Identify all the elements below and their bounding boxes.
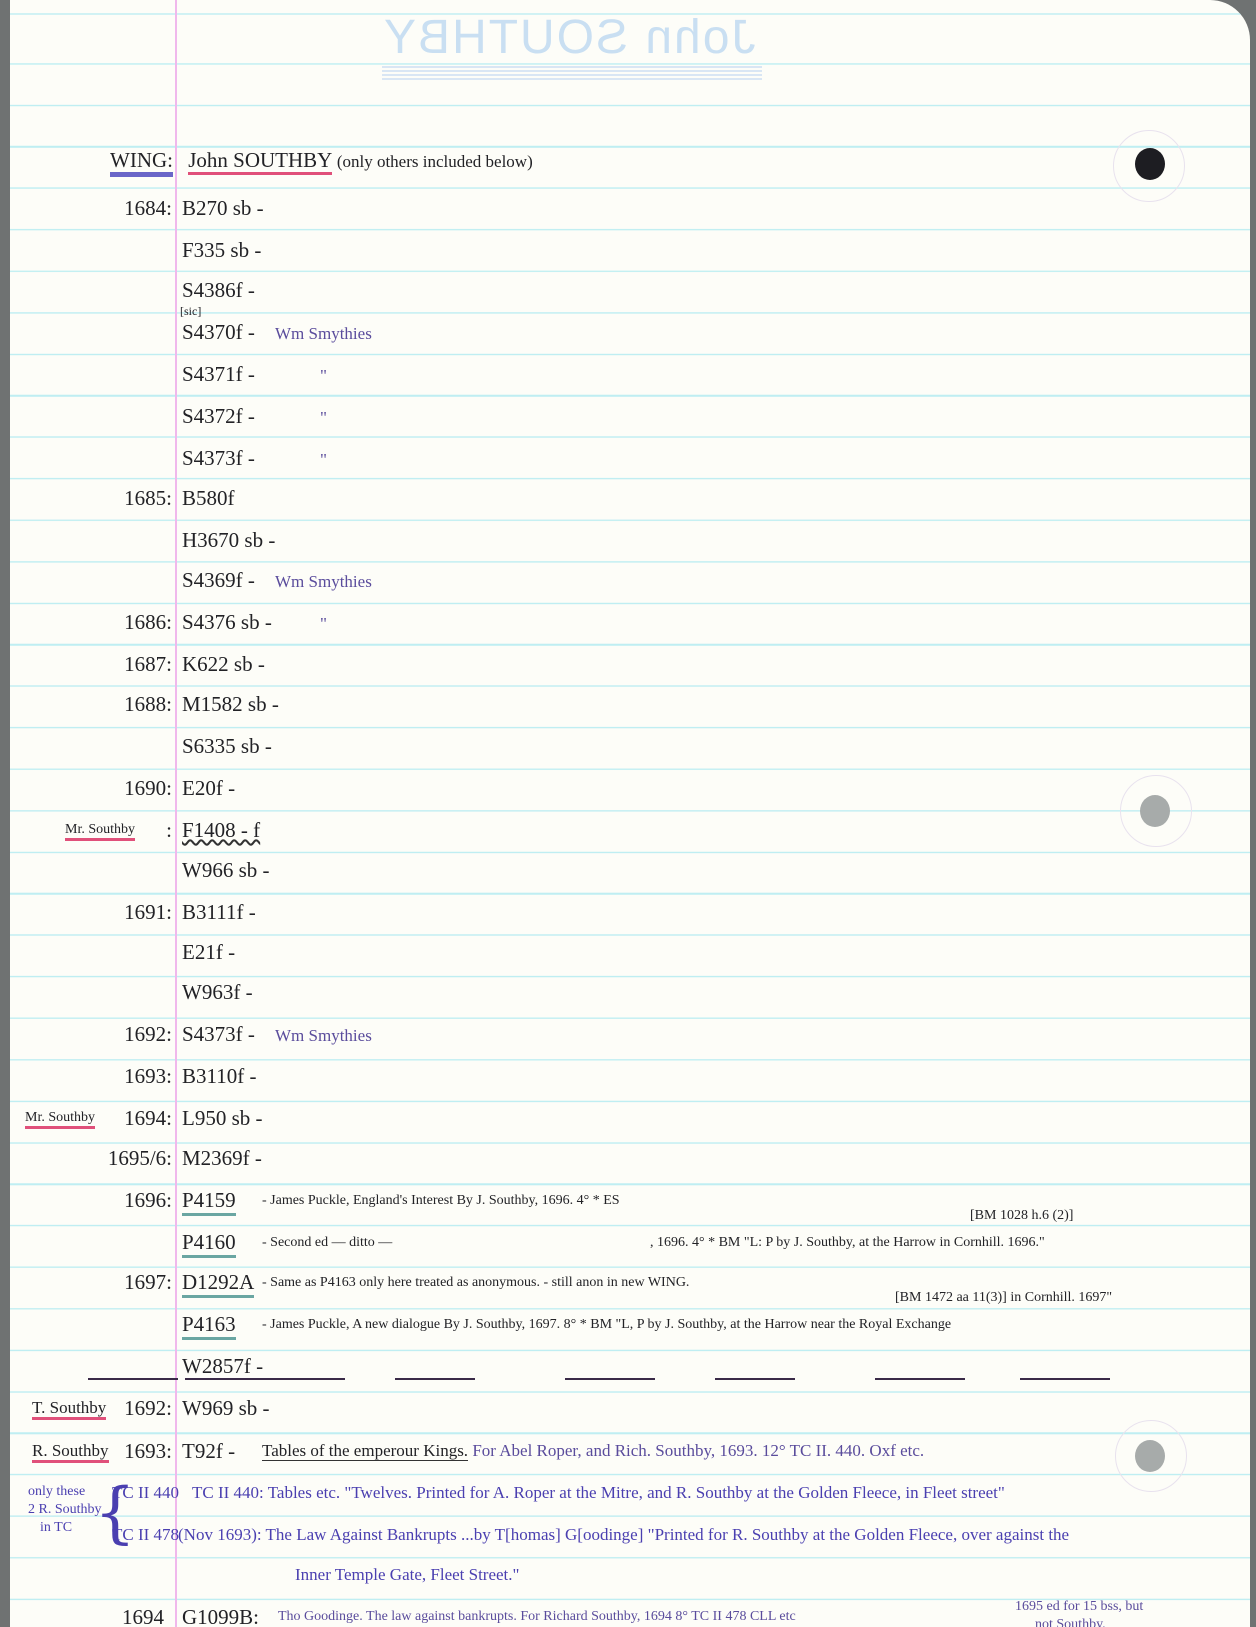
entry-year: 1692: [62, 1396, 172, 1421]
entry-note: " [320, 366, 327, 386]
title-text: Tables of the emperour Kings. [262, 1441, 468, 1461]
entry-year: 1697: [62, 1270, 172, 1295]
entry-ref: F335 sb - [182, 238, 261, 263]
entry-year: 1685: [62, 486, 172, 511]
entry-note: " [320, 408, 327, 428]
entry-ref: P4159 [182, 1188, 236, 1216]
entry-year: 1690: [62, 776, 172, 801]
separator [1020, 1378, 1110, 1380]
entry-year: 1691: [62, 900, 172, 925]
entry-ref: B3110f - [182, 1064, 256, 1089]
bm-shelfmark: [BM 1472 aa 11(3)] in Cornhill. 1697" [895, 1290, 1112, 1306]
entry-ref: S4386f - [182, 278, 255, 303]
side-note: 1695 ed for 15 bss, but not Southby. [1015, 1598, 1143, 1627]
bleed-through-rule [382, 66, 762, 80]
entry-text: - Second ed — ditto — [262, 1235, 392, 1251]
entry-note: Wm Smythies [275, 572, 372, 592]
entry-ref: P4163 [182, 1312, 236, 1340]
entry-ref: M2369f - [182, 1146, 262, 1171]
entry-year: 1686: [62, 610, 172, 635]
entry-ref: B270 sb - [182, 196, 264, 221]
entry-ref: B580f [182, 486, 235, 511]
punch-hole-icon [1140, 795, 1170, 827]
entry-ref: M1582 sb - [182, 692, 279, 717]
entry-ref: S4376 sb - [182, 610, 272, 635]
entry-year: 1694 [122, 1605, 164, 1627]
separator [88, 1378, 178, 1380]
entry-year: 1684: [62, 196, 172, 221]
separator [395, 1378, 475, 1380]
entry-year: 1696: [62, 1188, 172, 1213]
entry-ref: W969 sb - [182, 1396, 270, 1421]
entry-ref: W2857f - [182, 1354, 263, 1379]
entry-note: Wm Smythies [275, 1026, 372, 1046]
entry-ref: P4160 [182, 1230, 236, 1258]
entry-ref: S4369f - [182, 568, 255, 593]
separator [715, 1378, 795, 1380]
note-line: not Southby. [1015, 1616, 1143, 1627]
punch-hole-icon [1135, 1440, 1165, 1472]
margin-name: Mr. Southby [65, 822, 135, 841]
tc-ref: TC II 440 [112, 1483, 179, 1503]
heading-label: WING: [110, 148, 173, 177]
entry-text: For Abel Roper, and Rich. Southby, 1693.… [472, 1441, 924, 1460]
entry-year: 1687: [62, 652, 172, 677]
entry-year: 1692: [62, 1022, 172, 1047]
entry-text-tail: , 1696. 4° * BM "L: P by J. Southby, at … [650, 1235, 1045, 1251]
entry-note: Wm Smythies [275, 324, 372, 344]
entry-ref: S4373f - [182, 446, 255, 471]
entry-note: " [320, 450, 327, 470]
entry-ref: T92f - [182, 1439, 235, 1464]
heading-name: John SOUTHBY [188, 148, 331, 175]
tc-margin-note: only these 2 R. Southby in TC [28, 1483, 102, 1537]
bleed-through-title: John SOUTHBY [382, 10, 755, 65]
entry-ref: L950 sb - [182, 1106, 263, 1131]
entry-note: " [320, 614, 327, 634]
entry-text: Tho Goodinge. The law against bankrupts.… [278, 1609, 796, 1625]
bm-shelfmark: [BM 1028 h.6 (2)] [970, 1208, 1073, 1224]
entry-year: 1695/6: [62, 1146, 172, 1171]
note-line: 2 R. Southby [28, 1501, 102, 1519]
entry-text: - Same as P4163 only here treated as ano… [262, 1275, 689, 1291]
entry-ref: S4373f - [182, 1022, 255, 1047]
entry-ref: S4372f - [182, 404, 255, 429]
punch-hole-icon [1135, 148, 1165, 180]
separator [185, 1378, 345, 1380]
entry-text: - James Puckle, England's Interest By J.… [262, 1193, 620, 1209]
separator [565, 1378, 655, 1380]
note-line: 1695 ed for 15 bss, but [1015, 1598, 1143, 1616]
entry-ref: K622 sb - [182, 652, 265, 677]
margin-line [175, 0, 177, 1627]
entry-ref: S4370f - [182, 320, 255, 345]
entry-ref: W966 sb - [182, 858, 270, 883]
note-line: only these [28, 1483, 102, 1501]
entry-year: 1693: [62, 1439, 172, 1464]
entry-ref: F1408 - f [182, 818, 260, 843]
tc-ref: TC II 478 [112, 1525, 179, 1545]
tc-line: TC II 440: Tables etc. "Twelves. Printed… [192, 1483, 1005, 1503]
entry-ref: G1099B: [182, 1605, 259, 1627]
margin-name: Mr. Southby [25, 1110, 95, 1129]
heading-note: (only others included below) [337, 152, 533, 171]
entry-ref: E21f - [182, 940, 235, 965]
entry-ref: H3670 sb - [182, 528, 275, 553]
entry-year: 1693: [62, 1064, 172, 1089]
entry-ref: S4371f - [182, 362, 255, 387]
entry-year: 1688: [62, 692, 172, 717]
entry-title: Tables of the emperour Kings. For Abel R… [262, 1441, 924, 1461]
tc-line: Inner Temple Gate, Fleet Street." [295, 1565, 519, 1585]
note-line: in TC [28, 1519, 102, 1537]
sic-note: [sic] [180, 304, 201, 319]
entry-ref: B3111f - [182, 900, 256, 925]
entry-ref: D1292A [182, 1270, 254, 1298]
entry-ref: W963f - [182, 980, 253, 1005]
entry-text: - James Puckle, A new dialogue By J. Sou… [262, 1317, 951, 1333]
separator [875, 1378, 965, 1380]
entry-ref: S6335 sb - [182, 734, 272, 759]
entry-ref: E20f - [182, 776, 235, 801]
tc-line: (Nov 1693): The Law Against Bankrupts ..… [178, 1525, 1069, 1545]
heading: WING: John SOUTHBY (only others included… [110, 148, 533, 173]
notebook-page: John SOUTHBY WING: John SOUTHBY (only ot… [10, 0, 1250, 1627]
